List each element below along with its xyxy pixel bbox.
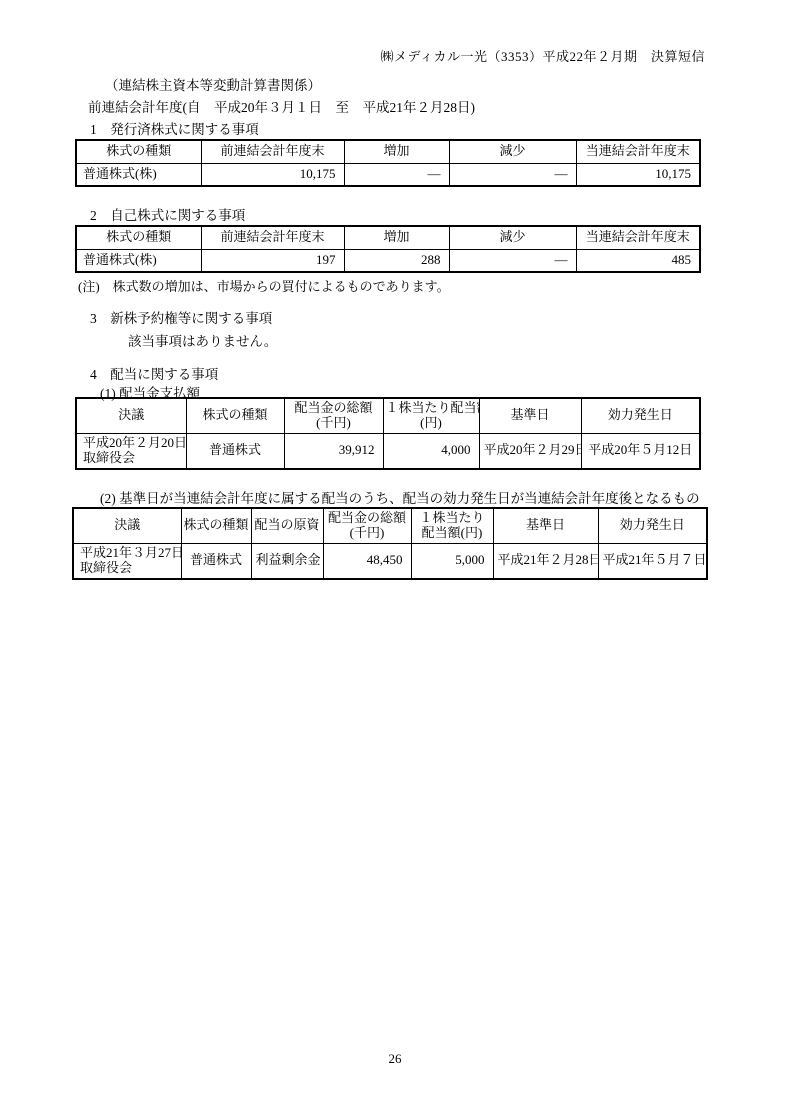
- col-header-stock-type: 株式の種類: [76, 140, 201, 163]
- dividends-paid-header-row: 決議 株式の種類 配当金の総額 (千円) １株当たり配当額 (円) 基準日 効力…: [76, 398, 700, 433]
- cell-total: 39,912: [284, 433, 383, 468]
- col-header-stock-type: 株式の種類: [181, 508, 251, 543]
- col-header-effective-date: 効力発生日: [581, 398, 700, 433]
- col-header-increase: 増加: [344, 140, 449, 163]
- col-header-total-line2: (千円): [287, 416, 381, 431]
- cell-prev-end: 197: [201, 249, 344, 272]
- col-header-increase: 増加: [344, 226, 449, 249]
- col-header-prev-end: 前連結会計年度末: [201, 226, 344, 249]
- col-header-prev-end: 前連結会計年度末: [201, 140, 344, 163]
- section-4-2-heading: (2) 基準日が当連結会計年度に属する配当のうち、配当の効力発生日が当連結会計年…: [100, 487, 700, 507]
- cell-decrease: ―: [449, 249, 576, 272]
- dividends-after-data-row: 平成21年３月27日 取締役会 普通株式 利益剰余金 48,450 5,000 …: [73, 543, 707, 578]
- col-header-per-share-line1: １株当たり配当額: [386, 401, 477, 416]
- section-title: （連結株主資本等変動計算書関係）: [105, 74, 321, 94]
- cell-cur-end: 10,175: [576, 163, 700, 186]
- cell-cur-end: 485: [576, 249, 700, 272]
- col-header-per-share: １株当たり配当額 (円): [383, 398, 479, 433]
- section-2-heading: 2 自己株式に関する事項: [90, 204, 245, 224]
- cell-stock-type: 普通株式: [186, 433, 284, 468]
- issued-shares-table: 株式の種類 前連結会計年度末 増加 減少 当連結会計年度末 普通株式(株) 10…: [75, 139, 701, 187]
- treasury-shares-header-row: 株式の種類 前連結会計年度末 増加 減少 当連結会計年度末: [76, 226, 700, 249]
- section-3-body: 該当事項はありません。: [128, 330, 277, 350]
- cell-total: 48,450: [323, 543, 411, 578]
- col-header-source: 配当の原資: [251, 508, 323, 543]
- issued-shares-header-row: 株式の種類 前連結会計年度末 増加 減少 当連結会計年度末: [76, 140, 700, 163]
- treasury-shares-table: 株式の種類 前連結会計年度末 増加 減少 当連結会計年度末 普通株式(株) 19…: [75, 225, 701, 273]
- dividends-after-header-row: 決議 株式の種類 配当の原資 配当金の総額 (千円) １株当たり 配当額(円) …: [73, 508, 707, 543]
- page-number: 26: [0, 1051, 790, 1067]
- cell-decrease: ―: [449, 163, 576, 186]
- cell-resolution-line1: 平成20年２月20日: [83, 436, 182, 451]
- cell-source: 利益剰余金: [251, 543, 323, 578]
- cell-increase: 288: [344, 249, 449, 272]
- cell-stock-type: 普通株式(株): [76, 249, 201, 272]
- col-header-total: 配当金の総額 (千円): [284, 398, 383, 433]
- section-1-heading: 1 発行済株式に関する事項: [90, 118, 259, 138]
- col-header-resolution: 決議: [76, 398, 186, 433]
- col-header-record-date: 基準日: [479, 398, 581, 433]
- cell-resolution-line2: 取締役会: [83, 451, 182, 466]
- col-header-record-date: 基準日: [493, 508, 598, 543]
- col-header-total-line2: (千円): [326, 526, 409, 541]
- col-header-per-share-line2: 配当額(円): [414, 526, 491, 541]
- col-header-per-share-line1: １株当たり: [414, 511, 491, 526]
- treasury-note: (注) 株式数の増加は、市場からの買付によるものであります。: [78, 276, 450, 295]
- dividends-after-table: 決議 株式の種類 配当の原資 配当金の総額 (千円) １株当たり 配当額(円) …: [72, 507, 708, 580]
- col-header-total-line1: 配当金の総額: [287, 401, 381, 416]
- section-3-heading: 3 新株予約権等に関する事項: [90, 307, 272, 327]
- cell-prev-end: 10,175: [201, 163, 344, 186]
- col-header-per-share: １株当たり 配当額(円): [411, 508, 493, 543]
- cell-record-date: 平成20年２月29日: [479, 433, 581, 468]
- cell-resolution: 平成20年２月20日 取締役会: [76, 433, 186, 468]
- document-page: ㈱メディカル一光（3353）平成22年２月期 決算短信 （連結株主資本等変動計算…: [0, 0, 790, 1118]
- cell-effective-date: 平成21年５月７日: [598, 543, 707, 578]
- cell-stock-type: 普通株式: [181, 543, 251, 578]
- dividends-paid-data-row: 平成20年２月20日 取締役会 普通株式 39,912 4,000 平成20年２…: [76, 433, 700, 468]
- cell-resolution: 平成21年３月27日 取締役会: [73, 543, 181, 578]
- cell-effective-date: 平成20年５月12日: [581, 433, 700, 468]
- fiscal-period-line: 前連結会計年度(自 平成20年３月１日 至 平成21年２月28日): [88, 96, 475, 116]
- dividends-paid-table: 決議 株式の種類 配当金の総額 (千円) １株当たり配当額 (円) 基準日 効力…: [75, 397, 701, 470]
- cell-increase: ―: [344, 163, 449, 186]
- col-header-total-line1: 配当金の総額: [326, 511, 409, 526]
- document-header: ㈱メディカル一光（3353）平成22年２月期 決算短信: [381, 46, 705, 65]
- col-header-resolution: 決議: [73, 508, 181, 543]
- cell-record-date: 平成21年２月28日: [493, 543, 598, 578]
- col-header-stock-type: 株式の種類: [76, 226, 201, 249]
- issued-shares-data-row: 普通株式(株) 10,175 ― ― 10,175: [76, 163, 700, 186]
- col-header-cur-end: 当連結会計年度末: [576, 226, 700, 249]
- col-header-stock-type: 株式の種類: [186, 398, 284, 433]
- cell-stock-type: 普通株式(株): [76, 163, 201, 186]
- cell-resolution-line1: 平成21年３月27日: [80, 546, 177, 561]
- cell-per-share: 4,000: [383, 433, 479, 468]
- col-header-per-share-line2: (円): [386, 416, 477, 431]
- section-4-heading: 4 配当に関する事項: [90, 363, 218, 383]
- col-header-decrease: 減少: [449, 140, 576, 163]
- cell-per-share: 5,000: [411, 543, 493, 578]
- col-header-total: 配当金の総額 (千円): [323, 508, 411, 543]
- cell-resolution-line2: 取締役会: [80, 561, 177, 576]
- col-header-decrease: 減少: [449, 226, 576, 249]
- col-header-effective-date: 効力発生日: [598, 508, 707, 543]
- col-header-cur-end: 当連結会計年度末: [576, 140, 700, 163]
- treasury-shares-data-row: 普通株式(株) 197 288 ― 485: [76, 249, 700, 272]
